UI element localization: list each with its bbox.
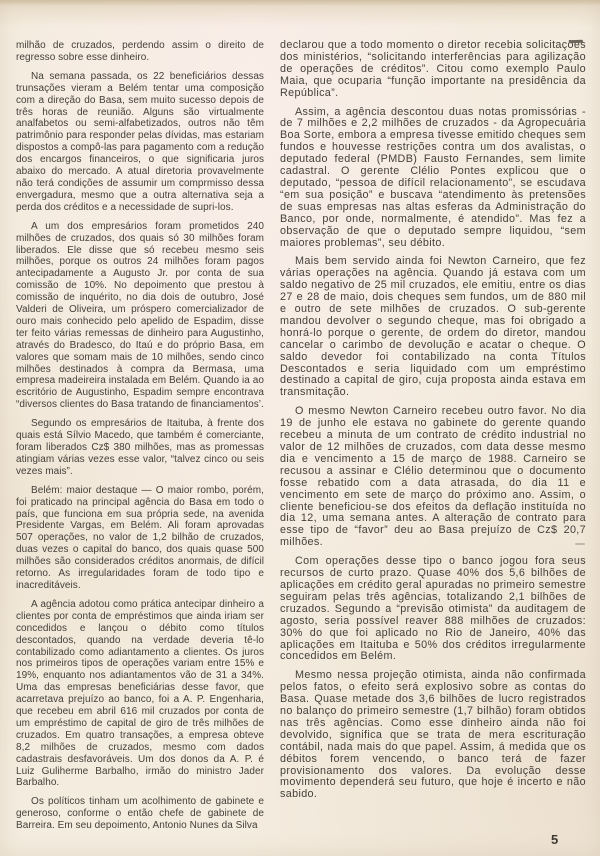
article-paragraph: Assim, a agência descontou duas notas pr… [280,107,586,250]
article-right-column: declarou que a todo momento o diretor re… [280,40,586,856]
article-paragraph: Segundo os empresários de Itaituba, à fr… [16,418,264,478]
article-paragraph: Belém: maior destaque — O maior rombo, p… [16,485,264,592]
article-paragraph: A um dos empresários foram prometidos 24… [16,221,264,412]
magazine-page-sheet: milhão de cruzados, perdendo assim o dir… [0,0,600,856]
article-paragraph: A agência adotou como prática antecipar … [16,599,264,790]
page-number: 5 [551,832,558,847]
article-paragraph: Com operações desse tipo o banco jogou f… [280,556,586,663]
faint-dash-mark [575,543,585,545]
article-columns: milhão de cruzados, perdendo assim o dir… [16,40,586,856]
article-paragraph: declarou que a todo momento o diretor re… [280,40,586,100]
article-paragraph: Na semana passada, os 22 beneficiários d… [16,71,264,214]
article-paragraph: Mais bem servido ainda foi Newton Carnei… [280,256,586,399]
article-left-column: milhão de cruzados, perdendo assim o dir… [16,40,264,856]
article-paragraph: milhão de cruzados, perdendo assim o dir… [16,40,264,64]
article-paragraph: O mesmo Newton Carneiro recebeu outro fa… [280,406,586,549]
article-paragraph: Mesmo nessa projeção otimista, ainda não… [280,670,586,801]
article-paragraph: Os políticos tinham um acolhimento de ga… [16,796,264,832]
